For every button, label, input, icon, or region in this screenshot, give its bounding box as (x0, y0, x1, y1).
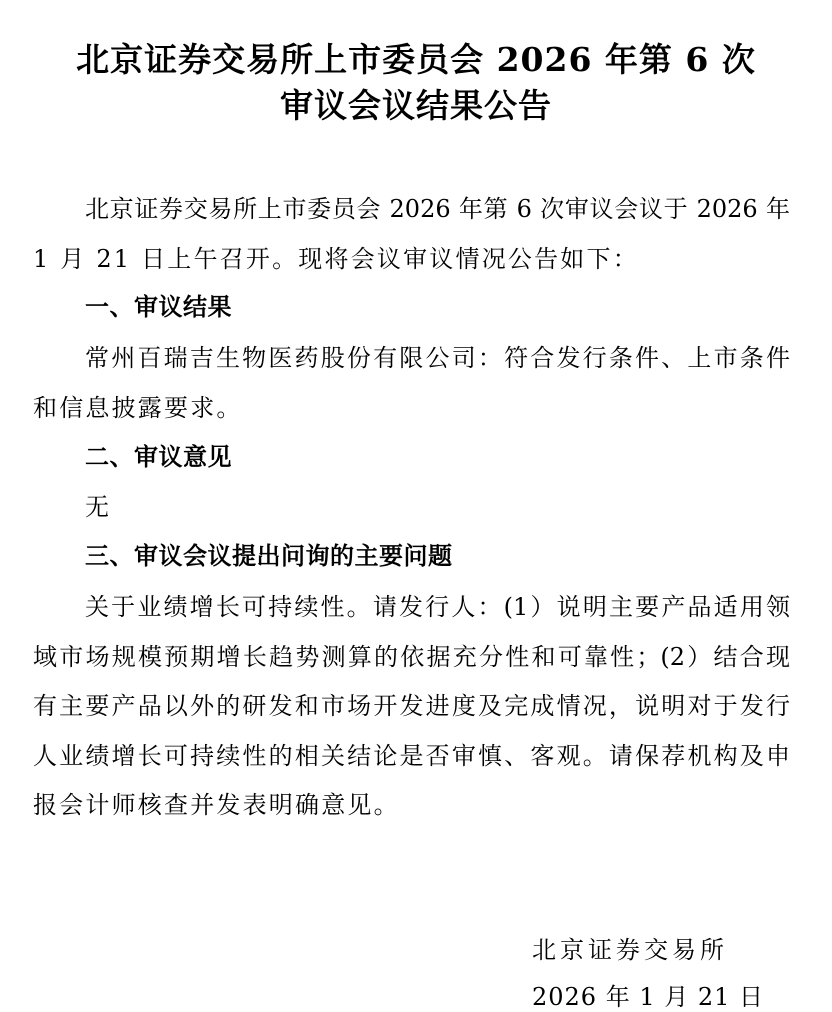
document-title-line-1: 北京证券交易所上市委员会 2026 年第 6 次 (0, 40, 832, 80)
section-3-line-2: 域市场规模预期增长趋势测算的依据充分性和可靠性；(2）结合现 (33, 642, 790, 672)
section-heading-review-opinion: 二、审议意见 (85, 442, 232, 472)
intro-line-1: 北京证券交易所上市委员会 2026 年第 6 次审议会议于 2026 年 (85, 194, 790, 224)
section-3-line-4: 人业绩增长可持续性的相关结论是否审慎、客观。请保荐机构及申 (33, 741, 790, 771)
intro-line-2: 1 月 21 日上午召开。现将会议审议情况公告如下： (33, 244, 639, 274)
section-1-line-2: 和信息披露要求。 (33, 393, 243, 423)
signature-date: 2026 年 1 月 21 日 (532, 982, 764, 1012)
section-heading-review-result: 一、审议结果 (85, 292, 232, 322)
section-3-line-5: 报会计师核查并发表明确意见。 (33, 790, 400, 820)
section-1-line-1: 常州百瑞吉生物医药股份有限公司：符合发行条件、上市条件 (85, 343, 790, 373)
section-heading-main-questions: 三、审议会议提出问询的主要问题 (85, 541, 453, 571)
signature-organization: 北京证券交易所 (532, 935, 728, 965)
section-3-line-1: 关于业绩增长可持续性。请发行人：(1）说明主要产品适用领 (85, 592, 790, 622)
section-2-line-1: 无 (85, 492, 111, 522)
document-title-line-2: 审议会议结果公告 (0, 86, 832, 126)
section-3-line-3: 有主要产品以外的研发和市场开发进度及完成情况，说明对于发行 (33, 691, 790, 721)
